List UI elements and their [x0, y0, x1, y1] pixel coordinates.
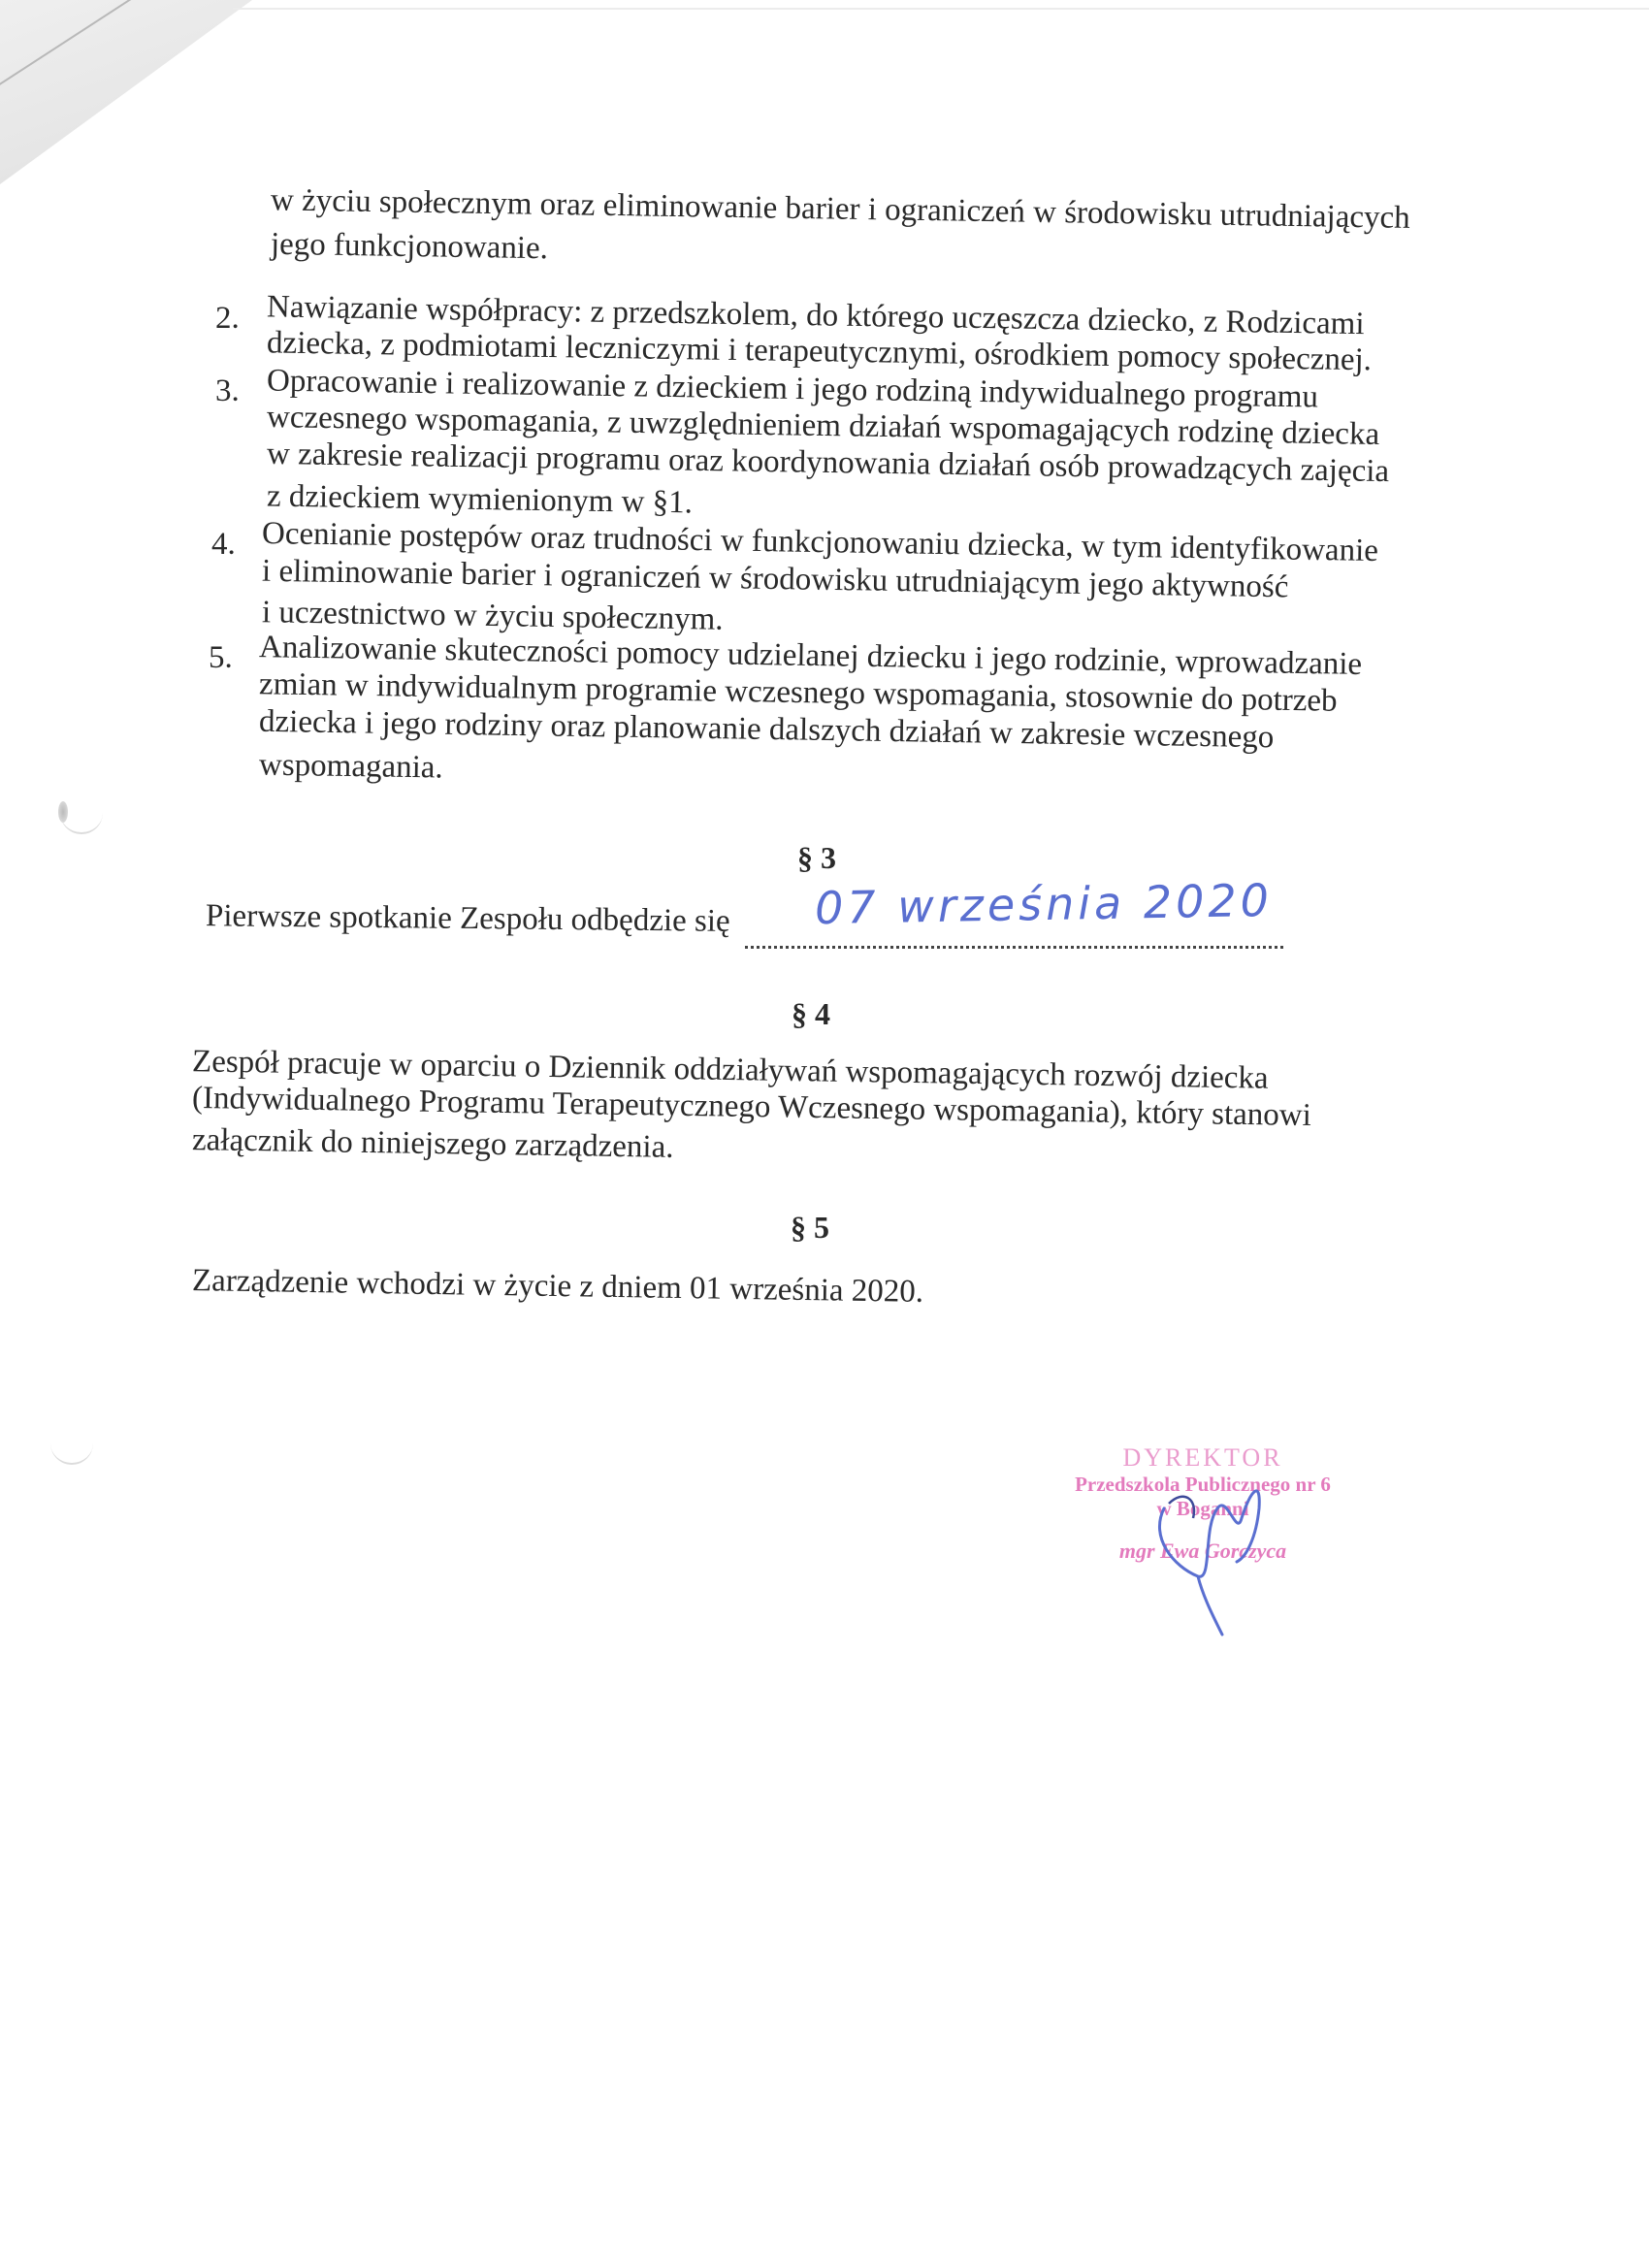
list-number: 4. [211, 527, 236, 563]
list-number: 2. [215, 301, 240, 337]
punch-hole-mark [60, 813, 103, 834]
paragraph-line: załącznik do niniejszego zarządzenia. [192, 1124, 674, 1164]
section-heading: § 4 [792, 996, 830, 1032]
effective-date-text: Zarządzenie wchodzi w życie z dniem 01 w… [192, 1265, 924, 1309]
list-item-line: wspomagania. [259, 750, 443, 785]
list-item-line: z dzieckiem wymienionym w §1. [267, 481, 693, 520]
signature [1145, 1450, 1290, 1639]
folded-corner [0, 0, 252, 184]
list-number: 3. [215, 373, 240, 409]
handwritten-meeting-date: 07 września 2020 [815, 874, 1274, 934]
fill-in-dotted-line [745, 946, 1283, 949]
paragraph-line: w życiu społecznym oraz eliminowanie bar… [271, 184, 1454, 235]
paragraph-line: jego funkcjonowanie. [271, 229, 548, 265]
meeting-date-label: Pierwsze spotkanie Zespołu odbędzie się [206, 900, 730, 938]
punch-hole-mark [50, 1443, 93, 1465]
section-heading: § 5 [791, 1210, 829, 1246]
section-heading: § 3 [797, 840, 836, 876]
scanned-document-page: w życiu społecznym oraz eliminowanie bar… [0, 0, 1649, 2268]
page-top-edge [233, 8, 1649, 10]
list-number: 5. [209, 640, 233, 676]
